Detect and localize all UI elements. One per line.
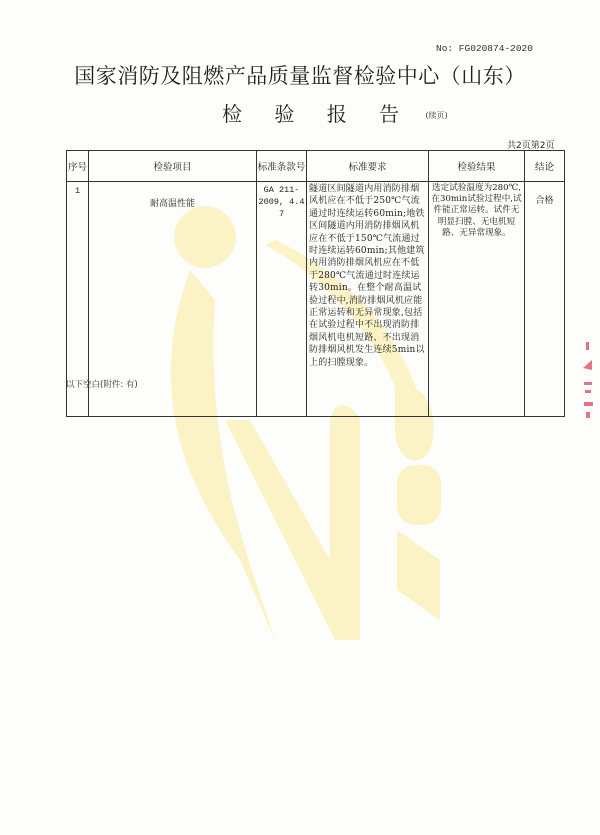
table-header-row: 序号 检验项目 标准条款号 标准要求 检验结果 结论 (67, 151, 565, 182)
col-header-conclusion: 结论 (525, 151, 565, 182)
document-number: No: FG020874-2020 (436, 43, 533, 54)
cell-clause: GA 211-2009, 4.4 7 (257, 182, 307, 417)
organization-title: 国家消防及阻燃产品质量监督检验中心（山东） (0, 60, 600, 90)
col-header-no: 序号 (67, 151, 89, 182)
col-header-clause: 标准条款号 (257, 151, 307, 182)
cell-requirement: 隧道区间隧道内用消防排烟风机应在不低于250℃气流通过时连续运转60min;地铁… (307, 182, 429, 417)
seal-stamp-edge (580, 340, 596, 420)
col-header-result: 检验结果 (429, 151, 525, 182)
blank-below-note: 以下空白(附件: 有) (66, 378, 138, 390)
report-subtitle: (续页) (425, 111, 447, 120)
cell-conclusion: 合格 (525, 182, 565, 417)
report-title-text: 检 验 报 告 (222, 102, 412, 126)
col-header-requirement: 标准要求 (307, 151, 429, 182)
report-title: 检 验 报 告 (续页) (222, 98, 448, 127)
col-header-item: 检验项目 (89, 151, 257, 182)
inspection-table: 序号 检验项目 标准条款号 标准要求 检验结果 结论 1 耐高温性能 GA 21… (66, 150, 565, 417)
table-row: 1 耐高温性能 GA 211-2009, 4.4 7 隧道区间隧道内用消防排烟风… (67, 182, 565, 417)
cell-result: 选定试验温度为280℃,在30min试验过程中,试件能正常运转。试件无明显扫膛、… (429, 182, 525, 417)
